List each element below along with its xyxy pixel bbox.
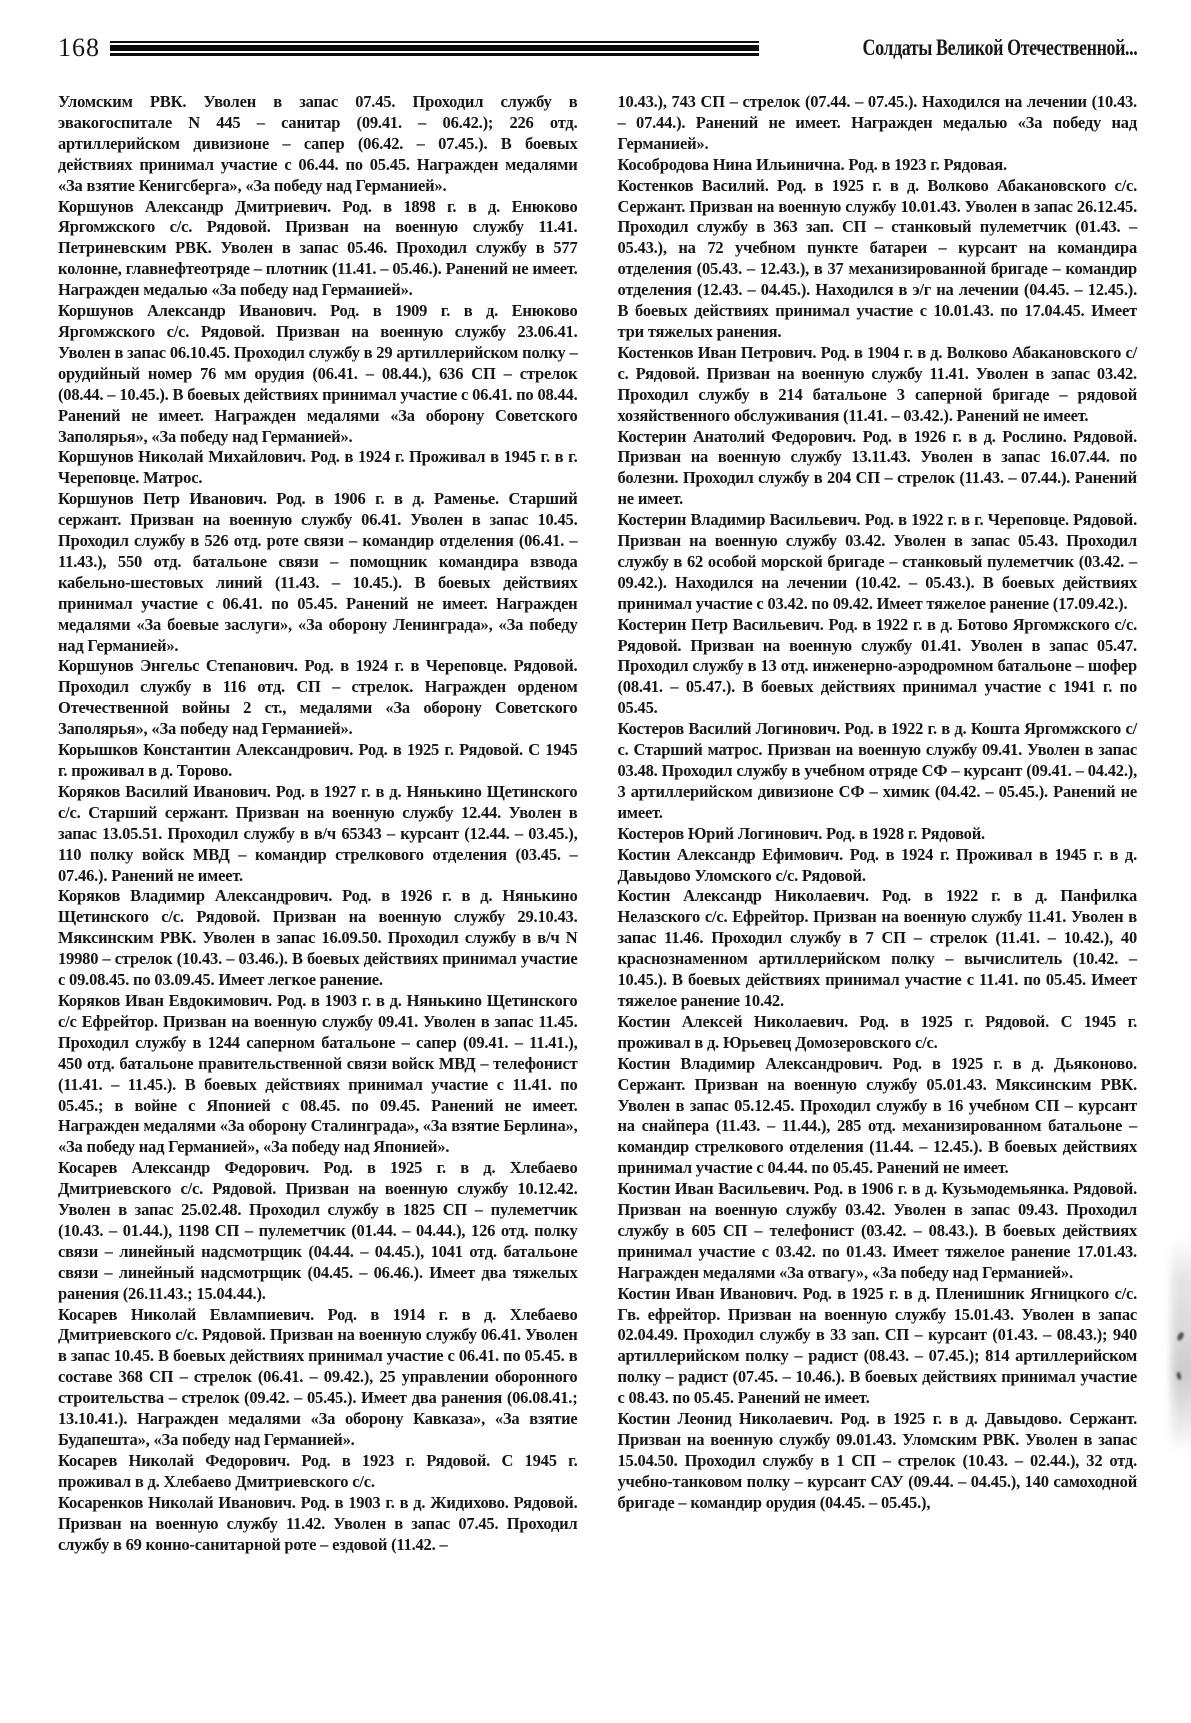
entry-paragraph: Костин Владимир Александрович. Род. в 19… bbox=[618, 1054, 1138, 1179]
page-header: 168 Солдаты Великой Отечественной... bbox=[0, 0, 1191, 62]
entry-paragraph: Косарев Николай Евлампиевич. Род. в 1914… bbox=[58, 1305, 578, 1451]
entry-paragraph: Косаренков Николай Иванович. Род. в 1903… bbox=[58, 1493, 578, 1556]
left-column: Уломским РВК. Уволен в запас 07.45. Прох… bbox=[58, 92, 578, 1555]
entry-paragraph: Коряков Владимир Александрович. Род. в 1… bbox=[58, 886, 578, 991]
running-title-text: Солдаты Великой Отечественной... bbox=[862, 36, 1137, 59]
entry-paragraph: Костин Леонид Николаевич. Род. в 1925 г.… bbox=[618, 1409, 1138, 1514]
entry-paragraph: Уломским РВК. Уволен в запас 07.45. Прох… bbox=[58, 92, 578, 197]
scan-edge-smudge bbox=[1171, 1238, 1191, 1453]
entry-paragraph: Костерин Петр Васильевич. Род. в 1922 г.… bbox=[618, 615, 1138, 720]
page-number: 168 bbox=[58, 35, 100, 61]
entry-paragraph: Костин Иван Васильевич. Род. в 1906 г. в… bbox=[618, 1179, 1138, 1284]
entry-paragraph: Костенков Василий. Род. в 1925 г. в д. В… bbox=[618, 176, 1138, 343]
right-column: 10.43.), 743 СП – стрелок (07.44. – 07.4… bbox=[618, 92, 1138, 1514]
entry-paragraph: Коряков Иван Евдокимович. Род. в 1903 г.… bbox=[58, 991, 578, 1158]
header-rule bbox=[110, 41, 759, 56]
entry-paragraph: Коршунов Александр Иванович. Род. в 1909… bbox=[58, 301, 578, 447]
entry-paragraph: Коршунов Николай Михайлович. Род. в 1924… bbox=[58, 447, 578, 489]
entry-paragraph: Костин Александр Ефимович. Род. в 1924 г… bbox=[618, 845, 1138, 887]
entry-paragraph: Коряков Василий Иванович. Род. в 1927 г.… bbox=[58, 782, 578, 887]
entry-paragraph: Коршунов Петр Иванович. Род. в 1906 г. в… bbox=[58, 489, 578, 656]
entry-paragraph: Костенков Иван Петрович. Род. в 1904 г. … bbox=[618, 343, 1138, 427]
entry-paragraph: Костин Иван Иванович. Род. в 1925 г. в д… bbox=[618, 1284, 1138, 1409]
entry-paragraph: Костерин Владимир Васильевич. Род. в 192… bbox=[618, 510, 1138, 615]
entry-paragraph: Косарев Александр Федорович. Род. в 1925… bbox=[58, 1158, 578, 1304]
book-page: 168 Солдаты Великой Отечественной... Уло… bbox=[0, 0, 1191, 1723]
entry-paragraph: Коршунов Александр Дмитриевич. Род. в 18… bbox=[58, 197, 578, 302]
entry-paragraph: Кособродова Нина Ильинична. Род. в 1923 … bbox=[618, 155, 1138, 176]
entry-paragraph: 10.43.), 743 СП – стрелок (07.44. – 07.4… bbox=[618, 92, 1138, 155]
entry-paragraph: Косарев Николай Федорович. Род. в 1923 г… bbox=[58, 1451, 578, 1493]
entry-paragraph: Коршунов Энгельс Степанович. Род. в 1924… bbox=[58, 656, 578, 740]
entry-paragraph: Костеров Василий Логинович. Род. в 1922 … bbox=[618, 719, 1138, 824]
entry-paragraph: Корышков Константин Александрович. Род. … bbox=[58, 740, 578, 782]
entry-paragraph: Костеров Юрий Логинович. Род. в 1928 г. … bbox=[618, 824, 1138, 845]
text-columns: Уломским РВК. Уволен в запас 07.45. Прох… bbox=[0, 62, 1191, 1555]
entry-paragraph: Костин Александр Николаевич. Род. в 1922… bbox=[618, 886, 1138, 1011]
entry-paragraph: Костин Алексей Николаевич. Род. в 1925 г… bbox=[618, 1012, 1138, 1054]
running-title: Солдаты Великой Отечественной... bbox=[785, 36, 1137, 59]
entry-paragraph: Костерин Анатолий Федорович. Род. в 1926… bbox=[618, 427, 1138, 511]
